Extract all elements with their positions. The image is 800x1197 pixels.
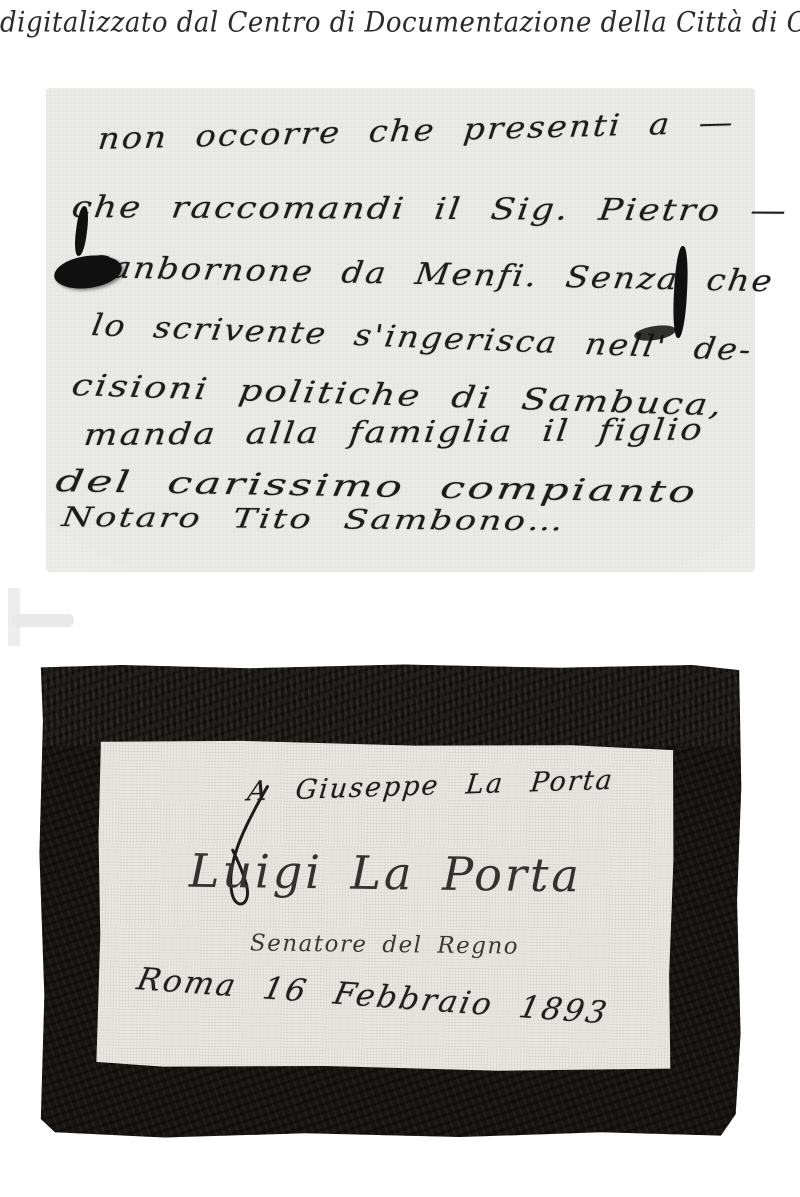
ink-blot [672, 246, 690, 339]
note-line: Sanbornone da Menfi. Senza che [83, 250, 776, 299]
card-annotation: A Giuseppe La Porta [246, 765, 616, 808]
card-dateline: Roma 16 Febbraio 1893 [134, 961, 660, 1035]
scan-artifact [12, 614, 74, 627]
note-line: Notaro Tito Sambono… [60, 502, 568, 537]
handwritten-note: non occorre che presenti a — che raccoma… [46, 88, 755, 572]
scanned-document-page: digitalizzato dal Centro di Documentazio… [0, 0, 800, 1197]
note-line: non occorre che presenti a — [96, 105, 736, 157]
note-line: che raccomandi il Sig. Pietro — [70, 190, 791, 229]
card-name: Luigi La Porta [96, 842, 675, 903]
mourning-card-photo: A Giuseppe La Porta Luigi La Porta Senat… [38, 664, 742, 1138]
visiting-card: A Giuseppe La Porta Luigi La Porta Senat… [94, 738, 676, 1073]
digitization-caption: digitalizzato dal Centro di Documentazio… [0, 7, 800, 39]
note-line: manda alla famiglia il figlio [82, 413, 706, 453]
card-title: Senatore del Regno [95, 928, 673, 961]
ink-blot [52, 251, 124, 292]
